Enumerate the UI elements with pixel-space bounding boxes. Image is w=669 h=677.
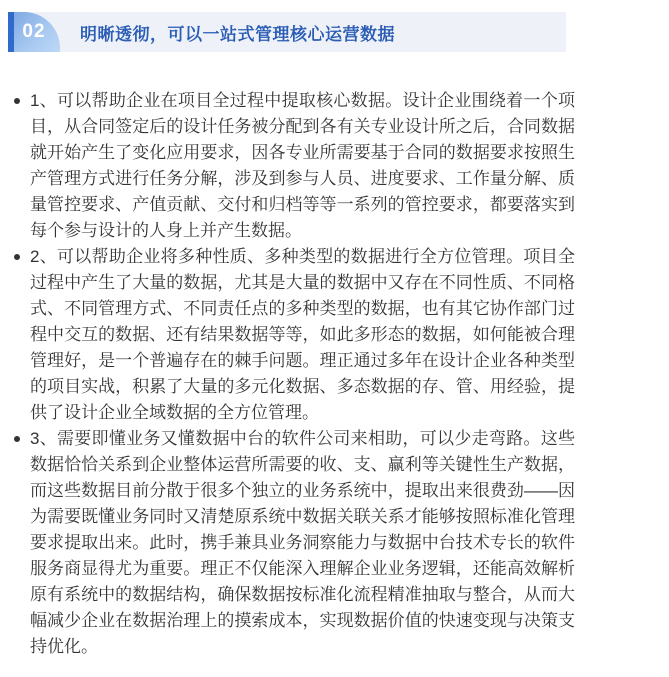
section-title: 明晰透彻，可以一站式管理核心运营数据	[80, 20, 395, 45]
section-header: 02 明晰透彻，可以一站式管理核心运营数据	[8, 12, 566, 52]
section-number: 02	[22, 21, 51, 43]
bullet-item-3: 3、需要即懂业务又懂数据中台的软件公司来相助，可以少走弯路。这些数据恰恰关系到企…	[11, 426, 575, 660]
bullet-item-2: 2、可以帮助企业将多种性质、多种类型的数据进行全方位管理。项目全过程中产生了大量…	[11, 244, 575, 426]
bullet-item-1: 1、可以帮助企业在项目全过程中提取核心数据。设计企业围绕着一个项目，从合同签定后…	[11, 88, 575, 244]
section-number-badge: 02	[14, 12, 60, 52]
article-page: 02 明晰透彻，可以一站式管理核心运营数据 1、可以帮助企业在项目全过程中提取核…	[0, 0, 669, 677]
bullet-list: 1、可以帮助企业在项目全过程中提取核心数据。设计企业围绕着一个项目，从合同签定后…	[11, 88, 575, 660]
